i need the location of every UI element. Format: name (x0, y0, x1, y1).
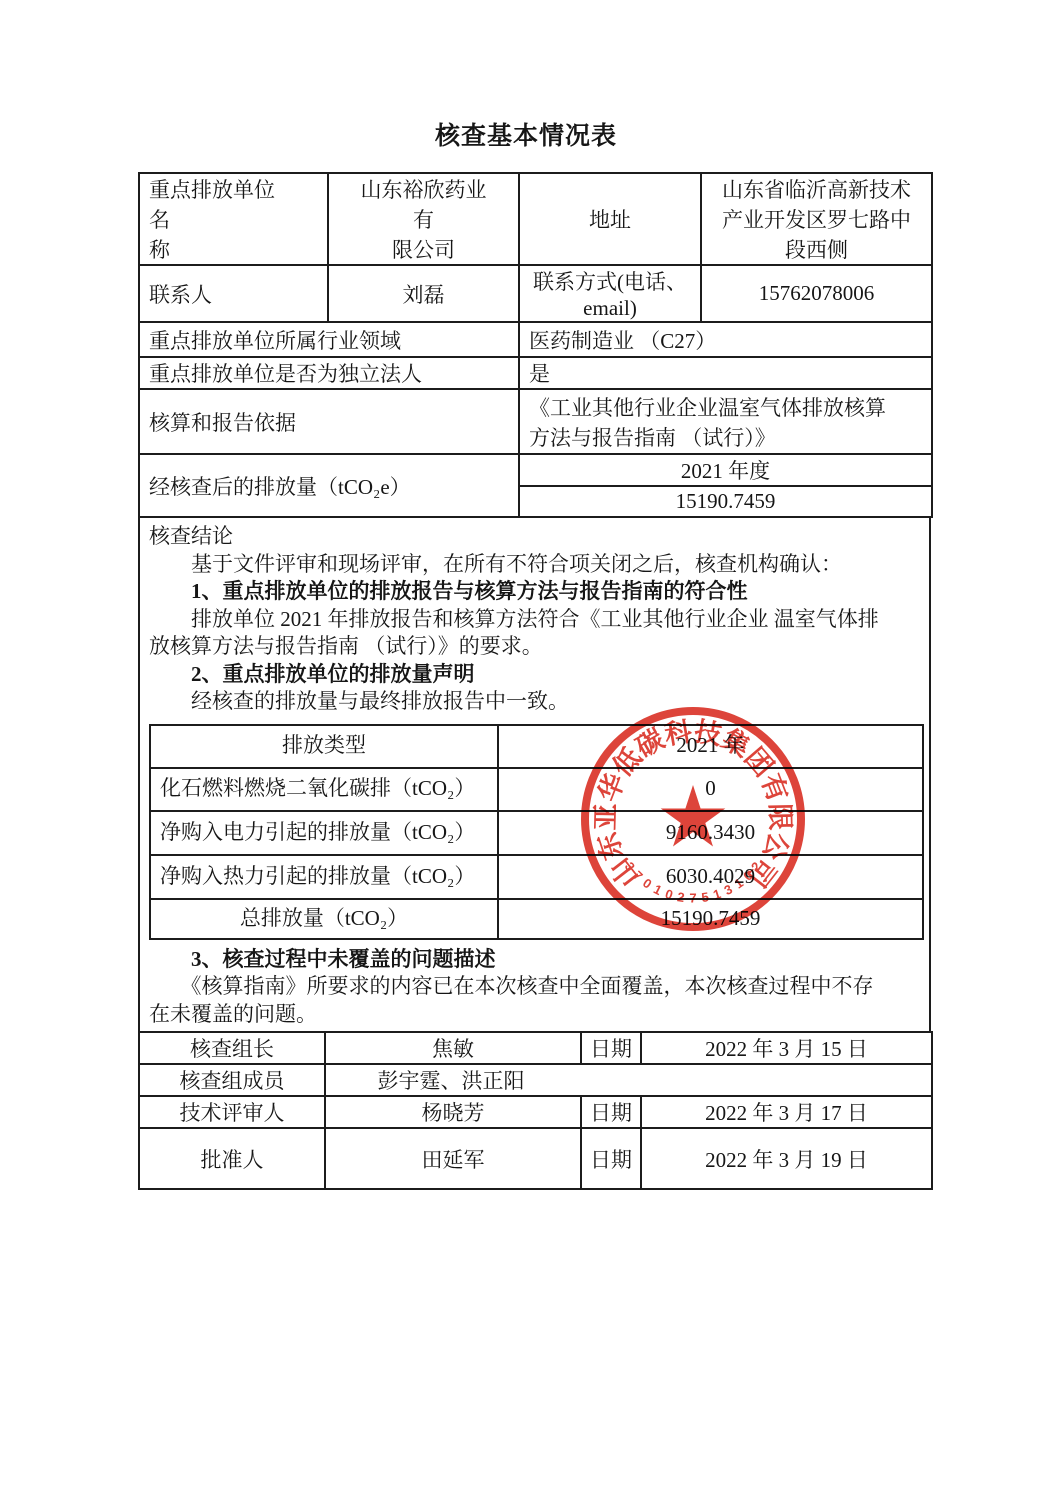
table-row: 重点排放单位所属行业领域 医药制造业 （C27） (139, 322, 932, 357)
electricity-value: 9160.3430 (498, 811, 923, 855)
emission-type-value: 2021 年 (498, 725, 923, 768)
table-row: 核查组成员 彭宇霆、洪正阳 (139, 1064, 932, 1096)
team-member-names: 彭宇霆、洪正阳 (326, 1065, 576, 1095)
conclusion-heading: 核查结论 (149, 523, 920, 551)
info-table: 重点排放单位名 称 山东裕欣药业有 限公司 地址 山东省临沂高新技术 产业开发区… (138, 172, 933, 518)
conclusion-item3-heading: 3、核查过程中未覆盖的问题描述 (149, 946, 920, 974)
contact-method-label: 联系方式(电话、 email) (519, 265, 701, 322)
total-emission-value: 15190.7459 (498, 899, 923, 939)
contact-value: 刘磊 (328, 265, 519, 322)
independent-legal-label: 重点排放单位是否为独立法人 (139, 357, 519, 389)
basis-label: 核算和报告依据 (139, 389, 519, 454)
heat-label: 净购入热力引起的排放量（tCO₂） (150, 855, 498, 899)
approver-date: 2022 年 3 月 19 日 (641, 1128, 932, 1189)
basis-value: 《工业其他行业企业温室气体排放核算 方法与报告指南 （试行）》 (519, 389, 932, 454)
verified-emission-label: 经核查后的排放量（tCO₂e） (139, 454, 519, 517)
table-row: 总排放量（tCO₂） 15190.7459 (150, 899, 923, 939)
contact-label: 联系人 (139, 265, 328, 322)
table-row: 联系人 刘磊 联系方式(电话、 email) 15762078006 (139, 265, 932, 322)
table-row: 经核查后的排放量（tCO₂e） 2021 年度 (139, 454, 932, 486)
table-row: 化石燃料燃烧二氧化碳排（tCO₂） 0 (150, 768, 923, 811)
conclusion-item3-body: 《核算指南》所要求的内容已在本次核查中全面覆盖，本次核查过程中不存 在未覆盖的问… (149, 973, 920, 1028)
team-member-cell: 彭宇霆、洪正阳 (325, 1064, 932, 1096)
approver-name: 田延军 (325, 1128, 581, 1189)
conclusion-item2-body: 经核查的排放量与最终排放报告中一致。 (149, 688, 920, 716)
heat-value: 6030.4029 (498, 855, 923, 899)
conclusion-item1-body: 排放单位 2021 年排放报告和核算方法符合《工业其他行业企业 温室气体排 放核… (149, 606, 920, 661)
document-page: 核查基本情况表 重点排放单位名 称 山东裕欣药业有 限公司 地址 山东省临沂高新… (0, 0, 1052, 1492)
electricity-label: 净购入电力引起的排放量（tCO₂） (150, 811, 498, 855)
verified-emission-period: 2021 年度 (519, 454, 932, 486)
table-row: 核算和报告依据 《工业其他行业企业温室气体排放核算 方法与报告指南 （试行）》 (139, 389, 932, 454)
unit-name-value: 山东裕欣药业有 限公司 (328, 173, 519, 265)
fossil-fuel-value: 0 (498, 768, 923, 811)
signature-table: 核查组长 焦敏 日期 2022 年 3 月 15 日 核查组成员 彭宇霆、洪正阳… (138, 1031, 933, 1190)
total-emission-label: 总排放量（tCO₂） (150, 899, 498, 939)
emission-table: 排放类型 2021 年 化石燃料燃烧二氧化碳排（tCO₂） 0 净购入电力引起的… (149, 724, 924, 940)
conclusion-item1-heading: 1、重点排放单位的排放报告与核算方法与报告指南的符合性 (149, 578, 920, 606)
contact-method-value: 15762078006 (701, 265, 932, 322)
conclusion-intro: 基于文件评审和现场评审，在所有不符合项关闭之后，核查机构确认： (149, 551, 920, 579)
date-label: 日期 (581, 1032, 641, 1064)
table-row: 净购入电力引起的排放量（tCO₂） 9160.3430 (150, 811, 923, 855)
table-row: 排放类型 2021 年 (150, 725, 923, 768)
conclusion-section: 核查结论 基于文件评审和现场评审，在所有不符合项关闭之后，核查机构确认： 1、重… (138, 518, 931, 1031)
verified-emission-value: 15190.7459 (519, 486, 932, 517)
address-value: 山东省临沂高新技术 产业开发区罗七路中 段西侧 (701, 173, 932, 265)
industry-value: 医药制造业 （C27） (519, 322, 932, 357)
table-row: 重点排放单位是否为独立法人 是 (139, 357, 932, 389)
table-row: 批准人 田延军 日期 2022 年 3 月 19 日 (139, 1128, 932, 1189)
team-member-role: 核查组成员 (139, 1064, 325, 1096)
unit-name-label: 重点排放单位名 称 (139, 173, 328, 265)
page-title: 核查基本情况表 (0, 0, 1052, 152)
team-leader-date: 2022 年 3 月 15 日 (641, 1032, 932, 1064)
independent-legal-value: 是 (519, 357, 932, 389)
team-leader-name: 焦敏 (325, 1032, 581, 1064)
table-row: 核查组长 焦敏 日期 2022 年 3 月 15 日 (139, 1032, 932, 1064)
date-label: 日期 (581, 1096, 641, 1128)
address-label: 地址 (519, 173, 701, 265)
table-row: 重点排放单位名 称 山东裕欣药业有 限公司 地址 山东省临沂高新技术 产业开发区… (139, 173, 932, 265)
emission-type-label: 排放类型 (150, 725, 498, 768)
date-label: 日期 (581, 1128, 641, 1189)
industry-label: 重点排放单位所属行业领域 (139, 322, 519, 357)
fossil-fuel-label: 化石燃料燃烧二氧化碳排（tCO₂） (150, 768, 498, 811)
table-row: 技术评审人 杨晓芳 日期 2022 年 3 月 17 日 (139, 1096, 932, 1128)
table-row: 净购入热力引起的排放量（tCO₂） 6030.4029 (150, 855, 923, 899)
tech-reviewer-date: 2022 年 3 月 17 日 (641, 1096, 932, 1128)
team-leader-role: 核查组长 (139, 1032, 325, 1064)
conclusion-item2-heading: 2、重点排放单位的排放量声明 (149, 661, 920, 689)
approver-role: 批准人 (139, 1128, 325, 1189)
tech-reviewer-name: 杨晓芳 (325, 1096, 581, 1128)
tech-reviewer-role: 技术评审人 (139, 1096, 325, 1128)
